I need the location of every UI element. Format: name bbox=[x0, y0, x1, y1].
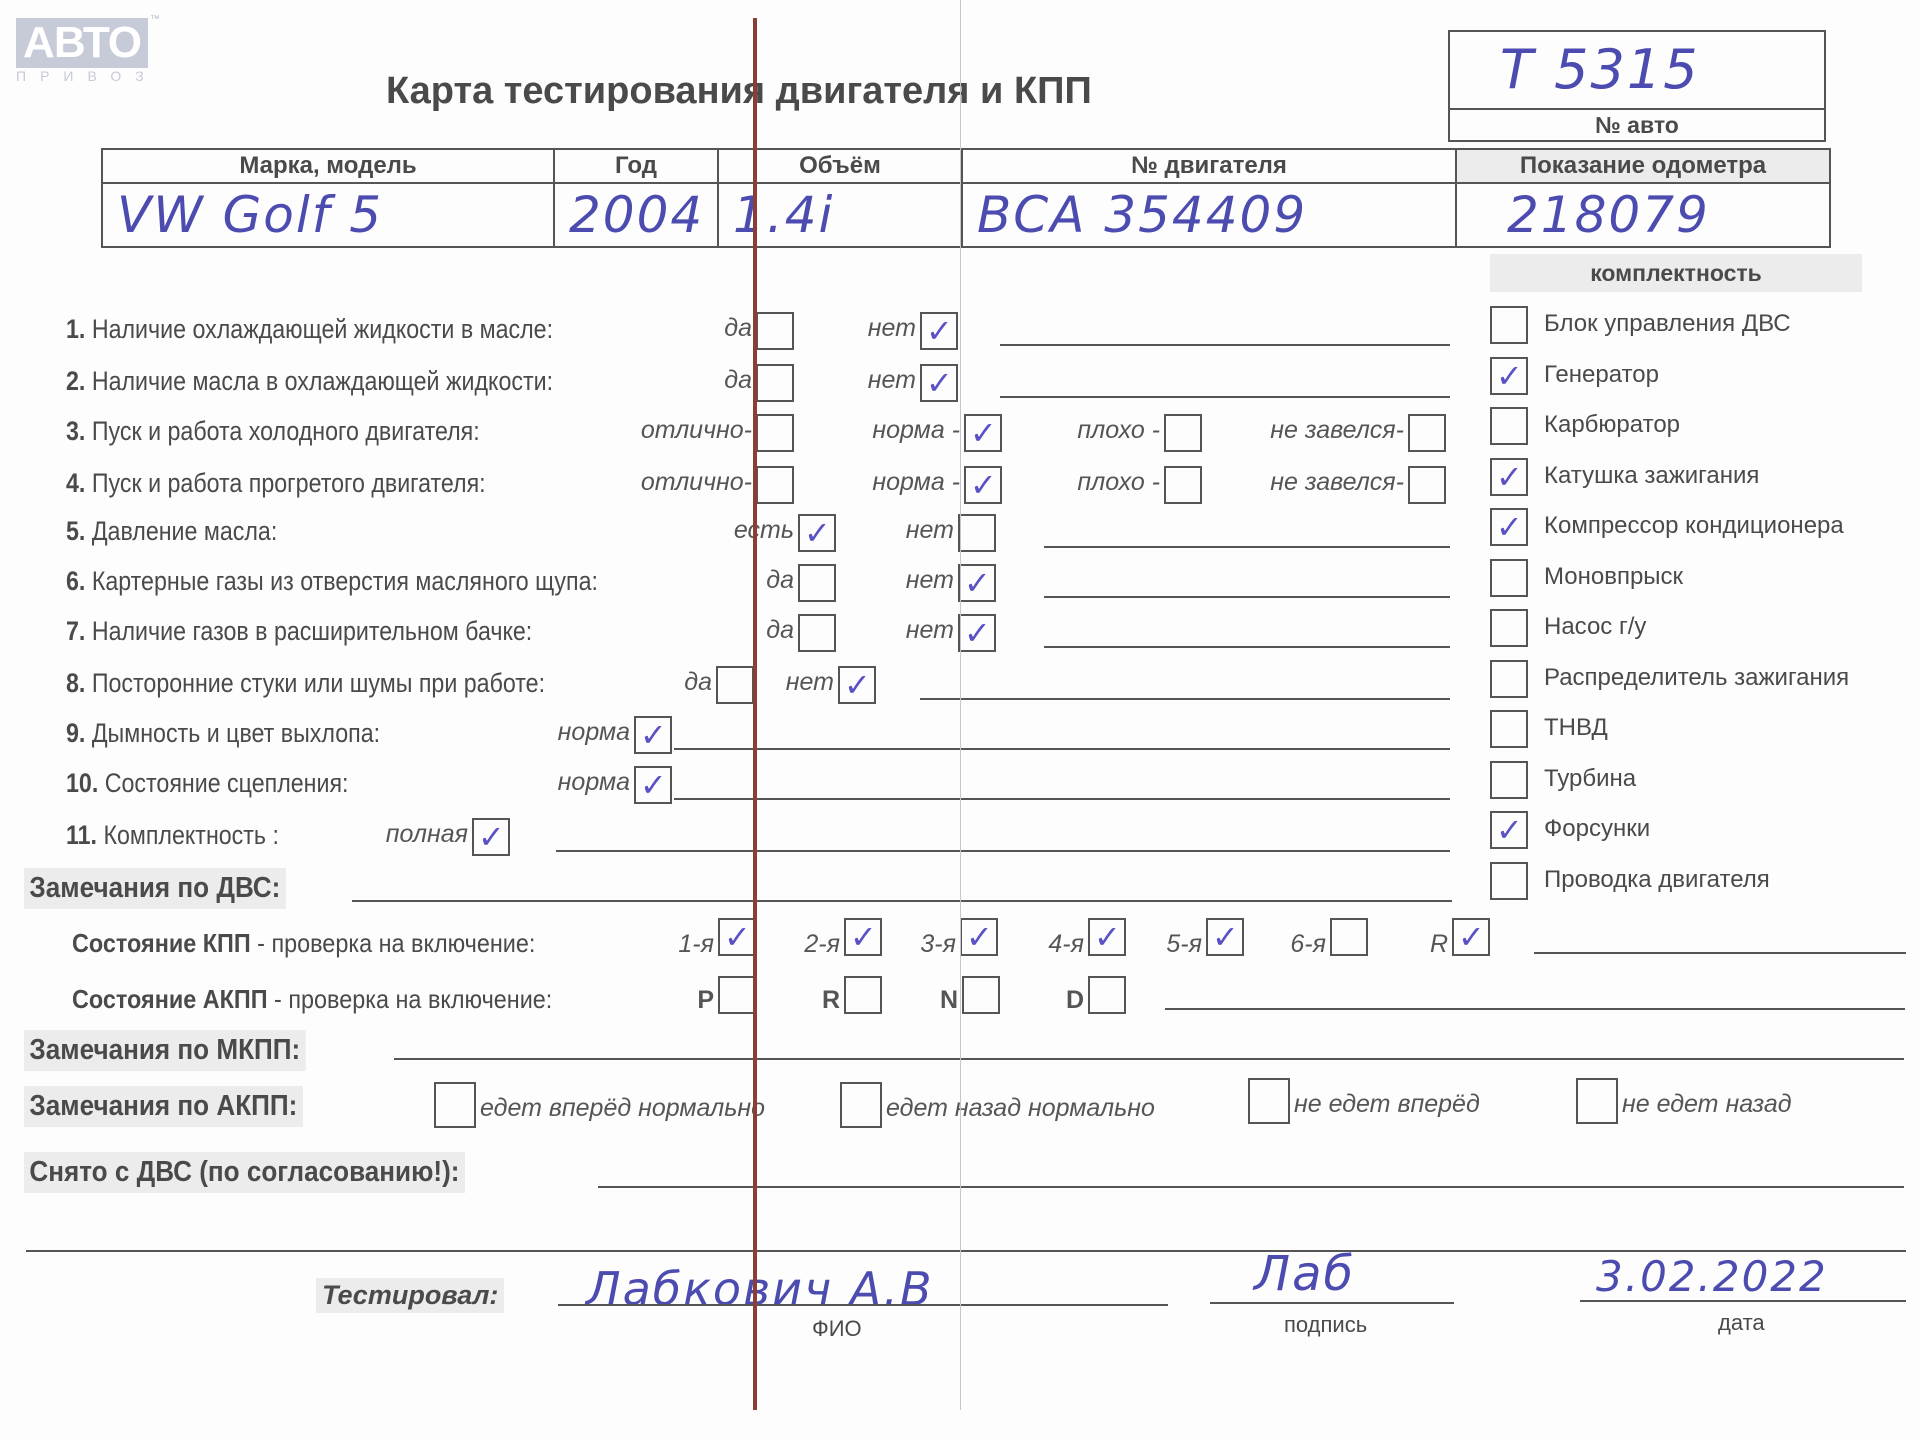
check-number: 2. bbox=[66, 366, 85, 396]
notes-field[interactable] bbox=[674, 748, 1450, 750]
check-text: Картерные газы из отверстия масляного щу… bbox=[85, 566, 598, 596]
check-number: 4. bbox=[66, 468, 85, 498]
option-checkbox[interactable]: ✓ bbox=[964, 466, 1002, 504]
notes-field[interactable] bbox=[1000, 396, 1450, 398]
option-checkbox[interactable] bbox=[756, 414, 794, 452]
akpp-option-label: едет назад нормально bbox=[886, 1094, 1155, 1123]
tester-name-value[interactable]: Лабкович А.В bbox=[586, 1262, 934, 1316]
check-number: 7. bbox=[66, 616, 85, 646]
option-checkbox[interactable]: ✓ bbox=[798, 514, 836, 552]
option-checkbox[interactable]: ✓ bbox=[920, 364, 958, 402]
check-number: 10. bbox=[66, 768, 98, 798]
option-checkbox[interactable] bbox=[798, 564, 836, 602]
option-label: норма - bbox=[872, 468, 960, 497]
option-checkbox[interactable]: ✓ bbox=[634, 716, 672, 754]
signature-value[interactable]: Лаб bbox=[1254, 1246, 1355, 1302]
option-label: не завелся- bbox=[1270, 416, 1404, 445]
check-mark-icon: ✓ bbox=[1496, 458, 1523, 496]
gear-checkbox[interactable]: ✓ bbox=[844, 918, 882, 956]
completeness-label: Распределитель зажигания bbox=[1544, 664, 1849, 692]
option-checkbox[interactable] bbox=[1164, 414, 1202, 452]
check-mark-icon: ✓ bbox=[926, 312, 953, 350]
option-checkbox[interactable]: ✓ bbox=[920, 312, 958, 350]
check-mark-icon: ✓ bbox=[964, 614, 991, 652]
akpp-option-label: не едет вперёд bbox=[1294, 1090, 1480, 1119]
option-checkbox[interactable] bbox=[1408, 414, 1446, 452]
gear-checkbox[interactable]: ✓ bbox=[1088, 918, 1126, 956]
auto-number-value[interactable]: T 5315 bbox=[1450, 32, 1824, 110]
margin-line-red bbox=[753, 18, 757, 1410]
akpp-option-checkbox[interactable] bbox=[840, 1082, 882, 1128]
logo-subtitle: ПРИВОЗ bbox=[16, 68, 158, 84]
margin-line-thin bbox=[960, 0, 961, 1410]
option-label: норма - bbox=[872, 416, 960, 445]
gear-label: R bbox=[822, 986, 840, 1015]
signature-caption: подпись bbox=[1284, 1312, 1367, 1338]
gear-checkbox[interactable]: ✓ bbox=[718, 918, 756, 956]
completeness-label: Насос г/у bbox=[1544, 613, 1646, 641]
check-mark-icon: ✓ bbox=[964, 564, 991, 602]
check-label: 8. Посторонние стуки или шумы при работе… bbox=[66, 668, 545, 699]
completeness-checkbox[interactable]: ✓ bbox=[1490, 357, 1528, 395]
date-caption: дата bbox=[1718, 1310, 1765, 1336]
signature-line bbox=[1210, 1302, 1454, 1304]
option-label: нет bbox=[906, 616, 954, 645]
check-mark-icon: ✓ bbox=[1496, 357, 1523, 395]
removed-label: Снято с ДВС (по согласованию!): bbox=[24, 1152, 465, 1193]
akpp-option-checkbox[interactable] bbox=[1248, 1078, 1290, 1124]
check-number: 11. bbox=[66, 820, 97, 850]
completeness-label: Турбина bbox=[1544, 765, 1636, 793]
gear-label: 5-я bbox=[1166, 930, 1202, 959]
completeness-checkbox[interactable]: ✓ bbox=[1490, 458, 1528, 496]
completeness-label: Катушка зажигания bbox=[1544, 462, 1759, 490]
check-text: Давление масла: bbox=[85, 516, 277, 546]
check-mark-icon: ✓ bbox=[640, 716, 667, 754]
check-text: Дымность и цвет выхлопа: bbox=[85, 718, 380, 748]
option-label: да bbox=[724, 366, 752, 395]
check-number: 8. bbox=[66, 668, 85, 698]
completeness-label: Блок управления ДВС bbox=[1544, 310, 1791, 338]
check-mark-icon: ✓ bbox=[1094, 918, 1121, 956]
engine-number-value[interactable]: BCA 354409 bbox=[962, 183, 1456, 247]
check-text: Наличие масла в охлаждающей жидкости: bbox=[85, 366, 553, 396]
check-mark-icon: ✓ bbox=[1212, 918, 1239, 956]
option-checkbox[interactable]: ✓ bbox=[958, 614, 996, 652]
completeness-checkbox[interactable] bbox=[1490, 407, 1528, 445]
option-label: отлично- bbox=[641, 468, 752, 497]
option-checkbox[interactable] bbox=[756, 466, 794, 504]
check-text: Пуск и работа холодного двигателя: bbox=[85, 416, 479, 446]
option-checkbox[interactable] bbox=[756, 312, 794, 350]
notes-field[interactable] bbox=[1044, 646, 1450, 648]
check-mark-icon: ✓ bbox=[478, 818, 505, 856]
option-label: нет bbox=[906, 566, 954, 595]
gear-label: 4-я bbox=[1048, 930, 1084, 959]
notes-field[interactable] bbox=[1000, 344, 1450, 346]
logo: АВТО bbox=[16, 18, 148, 68]
completeness-label: Проводка двигателя bbox=[1544, 866, 1770, 894]
option-checkbox[interactable] bbox=[958, 514, 996, 552]
check-label: 1. Наличие охлаждающей жидкости в масле: bbox=[66, 314, 553, 345]
check-label: 4. Пуск и работа прогретого двигателя: bbox=[66, 468, 486, 499]
check-mark-icon: ✓ bbox=[966, 918, 993, 956]
notes-field[interactable] bbox=[1044, 546, 1450, 548]
completeness-checkbox[interactable] bbox=[1490, 660, 1528, 698]
option-label: да bbox=[766, 616, 794, 645]
option-label: есть bbox=[734, 516, 794, 545]
gear-checkbox[interactable]: ✓ bbox=[1206, 918, 1244, 956]
mkpp-remarks-label: Замечания по МКПП: bbox=[24, 1030, 306, 1071]
check-number: 5. bbox=[66, 516, 85, 546]
completeness-label: Моновпрыск bbox=[1544, 563, 1683, 591]
check-number: 3. bbox=[66, 416, 85, 446]
check-number: 6. bbox=[66, 566, 85, 596]
model-value[interactable]: VW Golf 5 bbox=[102, 183, 554, 247]
option-checkbox[interactable]: ✓ bbox=[964, 414, 1002, 452]
check-label: 11. Комплектность : bbox=[66, 820, 279, 851]
option-label: нет bbox=[906, 516, 954, 545]
check-mark-icon: ✓ bbox=[970, 466, 997, 504]
engine-remarks-label: Замечания по ДВС: bbox=[24, 868, 286, 909]
option-label: да bbox=[724, 314, 752, 343]
tested-by-label: Тестировал: bbox=[316, 1278, 504, 1313]
check-label: 9. Дымность и цвет выхлопа: bbox=[66, 718, 380, 749]
check-mark-icon: ✓ bbox=[1496, 811, 1523, 849]
check-label: 10. Состояние сцепления: bbox=[66, 768, 348, 799]
completeness-label: ТНВД bbox=[1544, 714, 1608, 742]
auto-gearbox-label: Состояние АКПП - проверка на включение: bbox=[72, 984, 552, 1015]
engine-remarks-field[interactable] bbox=[352, 900, 1452, 902]
gear-checkbox[interactable] bbox=[844, 976, 882, 1014]
akpp-option-label: едет вперёд нормально bbox=[480, 1094, 765, 1123]
check-text: Состояние сцепления: bbox=[98, 768, 348, 798]
check-text: Комплектность : bbox=[97, 820, 279, 850]
completeness-checkbox[interactable] bbox=[1490, 306, 1528, 344]
completeness-title: комплектность bbox=[1490, 254, 1862, 292]
header-year: Год bbox=[554, 149, 718, 183]
gear-label: R bbox=[1430, 930, 1448, 959]
option-checkbox[interactable] bbox=[798, 614, 836, 652]
option-label: плохо - bbox=[1077, 416, 1160, 445]
tester-name-line bbox=[558, 1304, 1168, 1306]
gear-label: 2-я bbox=[804, 930, 840, 959]
check-label: 3. Пуск и работа холодного двигателя: bbox=[66, 416, 480, 447]
gear-label: D bbox=[1066, 986, 1084, 1015]
option-checkbox[interactable] bbox=[756, 364, 794, 402]
completeness-label: Карбюратор bbox=[1544, 411, 1680, 439]
odometer-value[interactable]: 218079 bbox=[1456, 183, 1830, 247]
option-checkbox[interactable] bbox=[1408, 466, 1446, 504]
vehicle-info-table: Марка, модель Год Объём № двигателя Пока… bbox=[101, 148, 1831, 248]
completeness-checkbox[interactable] bbox=[1490, 862, 1528, 900]
check-label: 5. Давление масла: bbox=[66, 516, 277, 547]
removed-field[interactable] bbox=[598, 1186, 1904, 1188]
option-checkbox[interactable]: ✓ bbox=[958, 564, 996, 602]
auto-number-label: № авто bbox=[1450, 110, 1824, 140]
completeness-checkbox[interactable] bbox=[1490, 761, 1528, 799]
gear-label: 6-я bbox=[1290, 930, 1326, 959]
option-label: да bbox=[684, 668, 712, 697]
auto-number-box: T 5315 № авто bbox=[1448, 30, 1826, 142]
check-mark-icon: ✓ bbox=[970, 414, 997, 452]
date-value[interactable]: 3.02.2022 bbox=[1596, 1252, 1828, 1301]
gear-checkbox[interactable] bbox=[1088, 976, 1126, 1014]
option-label: полная bbox=[386, 820, 468, 849]
option-label: норма bbox=[558, 718, 630, 747]
gear-label: 1-я bbox=[678, 930, 714, 959]
completeness-checkbox[interactable] bbox=[1490, 559, 1528, 597]
notes-field[interactable] bbox=[920, 698, 1450, 700]
check-text: Наличие охлаждающей жидкости в масле: bbox=[85, 314, 553, 344]
option-label: норма bbox=[558, 768, 630, 797]
option-label: плохо - bbox=[1077, 468, 1160, 497]
option-checkbox[interactable] bbox=[1164, 466, 1202, 504]
completeness-label: Генератор bbox=[1544, 361, 1659, 389]
gear-checkbox[interactable]: ✓ bbox=[960, 918, 998, 956]
check-number: 9. bbox=[66, 718, 85, 748]
mkpp-remarks-field[interactable] bbox=[394, 1058, 1904, 1060]
date-line bbox=[1580, 1300, 1906, 1302]
option-checkbox[interactable]: ✓ bbox=[838, 666, 876, 704]
akpp-option-label: не едет назад bbox=[1622, 1090, 1792, 1119]
option-checkbox[interactable] bbox=[716, 666, 754, 704]
auto-gearbox-notes-field[interactable] bbox=[1165, 1008, 1905, 1010]
check-mark-icon: ✓ bbox=[844, 666, 871, 704]
option-label: нет bbox=[868, 314, 916, 343]
option-checkbox[interactable]: ✓ bbox=[634, 766, 672, 804]
name-caption: ФИО bbox=[812, 1316, 862, 1342]
check-mark-icon: ✓ bbox=[1458, 918, 1485, 956]
option-checkbox[interactable]: ✓ bbox=[472, 818, 510, 856]
check-text: Посторонние стуки или шумы при работе: bbox=[85, 668, 545, 698]
option-label: не завелся- bbox=[1270, 468, 1404, 497]
option-label: отлично- bbox=[641, 416, 752, 445]
check-text: Пуск и работа прогретого двигателя: bbox=[85, 468, 485, 498]
check-mark-icon: ✓ bbox=[926, 364, 953, 402]
akpp-option-checkbox[interactable] bbox=[434, 1082, 476, 1128]
check-label: 2. Наличие масла в охлаждающей жидкости: bbox=[66, 366, 553, 397]
check-mark-icon: ✓ bbox=[804, 514, 831, 552]
check-mark-icon: ✓ bbox=[640, 766, 667, 804]
header-odometer: Показание одометра bbox=[1456, 149, 1830, 183]
notes-field[interactable] bbox=[556, 850, 1450, 852]
notes-field[interactable] bbox=[674, 798, 1450, 800]
akpp-option-checkbox[interactable] bbox=[1576, 1078, 1618, 1124]
gear-checkbox[interactable]: ✓ bbox=[1452, 918, 1490, 956]
check-mark-icon: ✓ bbox=[1496, 508, 1523, 546]
year-value[interactable]: 2004 bbox=[554, 183, 718, 247]
option-label: нет bbox=[786, 668, 834, 697]
manual-gearbox-notes-field[interactable] bbox=[1534, 952, 1906, 954]
gear-checkbox[interactable] bbox=[962, 976, 1000, 1014]
gear-label: P bbox=[697, 986, 714, 1015]
completeness-checkbox[interactable] bbox=[1490, 609, 1528, 647]
notes-field[interactable] bbox=[1044, 596, 1450, 598]
option-label: нет bbox=[868, 366, 916, 395]
completeness-label: Компрессор кондиционера bbox=[1544, 512, 1844, 540]
gear-checkbox[interactable] bbox=[718, 976, 756, 1014]
gear-label: N bbox=[940, 986, 958, 1015]
check-label: 7. Наличие газов в расширительном бачке: bbox=[66, 616, 532, 647]
completeness-label: Форсунки bbox=[1544, 815, 1650, 843]
check-mark-icon: ✓ bbox=[724, 918, 751, 956]
akpp-remarks-label: Замечания по АКПП: bbox=[24, 1086, 303, 1127]
option-label: да bbox=[766, 566, 794, 595]
gear-checkbox[interactable] bbox=[1330, 918, 1368, 956]
logo-trademark: ™ bbox=[150, 14, 160, 25]
check-label: 6. Картерные газы из отверстия масляного… bbox=[66, 566, 598, 597]
check-number: 1. bbox=[66, 314, 85, 344]
header-model: Марка, модель bbox=[102, 149, 554, 183]
completeness-checkbox[interactable]: ✓ bbox=[1490, 508, 1528, 546]
check-text: Наличие газов в расширительном бачке: bbox=[85, 616, 532, 646]
completeness-checkbox[interactable]: ✓ bbox=[1490, 811, 1528, 849]
check-mark-icon: ✓ bbox=[850, 918, 877, 956]
completeness-checkbox[interactable] bbox=[1490, 710, 1528, 748]
manual-gearbox-label: Состояние КПП - проверка на включение: bbox=[72, 928, 535, 959]
gear-label: 3-я bbox=[920, 930, 956, 959]
header-engine-number: № двигателя bbox=[962, 149, 1456, 183]
page-title: Карта тестирования двигателя и КПП bbox=[386, 70, 1092, 113]
